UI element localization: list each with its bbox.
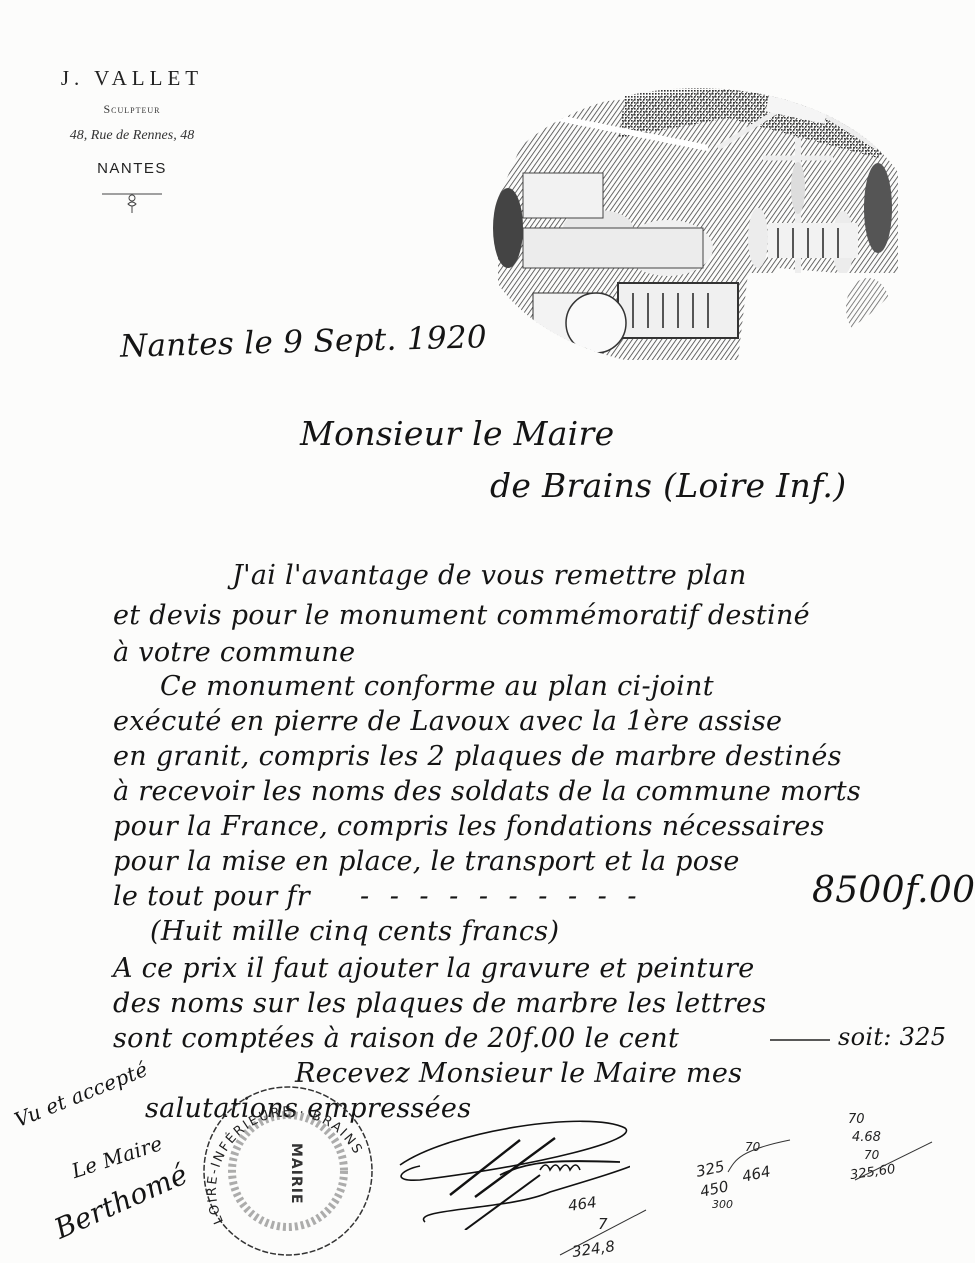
price-leader: - - - - - - - - - - <box>360 881 642 912</box>
body-line: à votre commune <box>113 637 355 668</box>
calc-2-e: 464 <box>740 1162 772 1186</box>
price-in-words: (Huit mille cinq cents francs) <box>150 916 559 947</box>
body-line: sont comptées à raison de 20f.00 le cent <box>113 1023 679 1054</box>
body-line: A ce prix il faut ajouter la gravure et … <box>113 953 755 984</box>
calc-1-c: 324,8 <box>571 1237 616 1261</box>
letterhead-address: 48, Rue de Rennes, 48 <box>18 128 246 144</box>
calc-2-c: 300 <box>712 1198 733 1211</box>
rate-note: soit: 325 <box>838 1023 946 1051</box>
mayor-approval: Vu et accepté Le Maire Berthomé <box>10 1090 210 1260</box>
recipient-line-1: Monsieur le Maire <box>300 414 614 453</box>
body-line: exécuté en pierre de Lavoux avec la 1ère… <box>113 706 782 737</box>
body-line: pour la France, compris les fondations n… <box>113 811 825 842</box>
letterhead-name: J. VALLET <box>18 66 246 91</box>
calc-3-d: 325,60 <box>849 1162 896 1183</box>
mairie-stamp: LOIRE-INFÉRIEURE · BRAINS MAIRIE <box>200 1083 376 1259</box>
body-line: et devis pour le monument commémoratif d… <box>113 600 810 631</box>
body-line: pour la mise en place, le transport et l… <box>113 846 740 877</box>
workshop-engraving <box>478 78 918 360</box>
body-line: des noms sur les plaques de marbre les l… <box>113 988 766 1019</box>
recipient-line-2: de Brains (Loire Inf.) <box>490 466 846 505</box>
calc-3-c: 70 <box>864 1148 879 1162</box>
approval-signature: Berthomé <box>49 1158 192 1246</box>
calc-3-a: 70 <box>848 1112 865 1127</box>
ornament-icon <box>100 188 164 214</box>
letter-page: J. VALLET Sculpteur 48, Rue de Rennes, 4… <box>0 0 975 1263</box>
stamp-center-text: MAIRIE <box>288 1143 304 1205</box>
calc-2-d: 70 <box>745 1140 760 1154</box>
body-line: le tout pour fr <box>113 881 310 912</box>
calc-3-b: 4.68 <box>852 1130 881 1145</box>
letterhead-profession: Sculpteur <box>18 102 246 117</box>
letterhead-city: NANTES <box>18 160 246 177</box>
body-line: J'ai l'avantage de vous remettre plan <box>232 560 747 591</box>
body-line: Ce monument conforme au plan ci-joint <box>160 671 714 702</box>
body-line: à recevoir les noms des soldats de la co… <box>113 776 861 807</box>
body-line: en granit, compris les 2 plaques de marb… <box>113 741 842 772</box>
price-amount: 8500f.00 <box>812 870 975 911</box>
letter-date: Nantes le 9 Sept. 1920 <box>120 319 488 365</box>
calc-1-b: 7 <box>598 1215 608 1233</box>
approval-text: Vu et accepté <box>11 1057 151 1132</box>
